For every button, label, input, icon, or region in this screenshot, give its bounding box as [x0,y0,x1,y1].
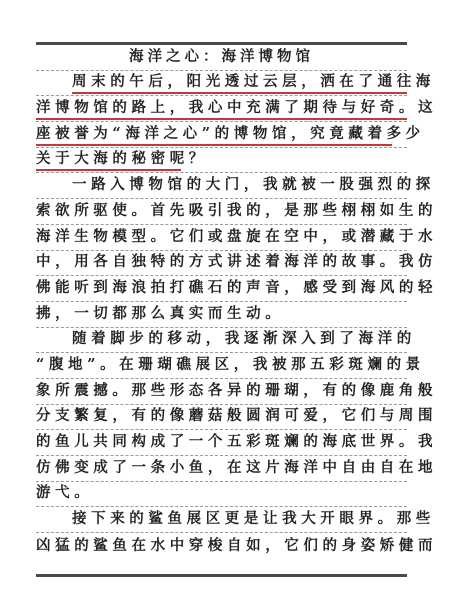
text-line: 仿佛变成了一条小鱼，在这片海洋中自由自在地 [36,456,407,482]
essay-title-row: 海洋之心：海洋博物馆 [36,45,407,71]
red-underline [36,144,392,146]
text-line: 海洋生物模型。它们或盘旋在空中，或潜藏于水 [36,225,407,251]
text-line: 中，用各自独特的方式讲述着海洋的故事。我仿 [36,251,407,277]
text-line: 接下来的鲨鱼展区更是让我大开眼界。那些 [36,507,407,533]
line-text: 中，用各自独特的方式讲述着海洋的故事。我仿 [36,253,407,271]
text-line: 凶猛的鲨鱼在水中穿梭自如，它们的身姿矫健而 [36,533,407,559]
text-line: 座被誉为“海洋之心”的博物馆，究竟藏着多少 [36,122,407,148]
line-text: 洋博物馆的路上，我心中充满了期待与好奇。这 [36,99,407,117]
text-line: 一路入博物馆的大门，我就被一股强烈的探 [36,173,407,199]
bottom-border [36,574,407,577]
essay-page: 海洋之心：海洋博物馆 周末的午后，阳光透过云层，洒在了通往海 洋博物馆的路上，我… [36,42,407,577]
line-text: 随着脚步的移动，我逐渐深入到了海洋的 [36,330,407,348]
text-line: 周末的午后，阳光透过云层，洒在了通往海 [36,71,407,97]
text-line: 关于大海的秘密呢？ [36,148,407,174]
line-text: “腹地”。在珊瑚礁展区，我被那五彩斑斓的景 [36,356,407,374]
line-text: 座被誉为“海洋之心”的博物馆，究竟藏着多少 [36,125,407,143]
line-text: 凶猛的鲨鱼在水中穿梭自如，它们的身姿矫健而 [36,537,407,555]
line-text: 索欲所驱使。首先吸引我的，是那些栩栩如生的 [36,202,407,220]
text-line: 随着脚步的移动，我逐渐深入到了海洋的 [36,328,407,354]
line-text: 游弋。 [36,484,407,502]
essay-title: 海洋之心：海洋博物馆 [36,48,407,66]
essay-lines: 海洋之心：海洋博物馆 周末的午后，阳光透过云层，洒在了通往海 洋博物馆的路上，我… [36,45,407,559]
text-line: 的鱼儿共同构成了一个五彩斑斓的海底世界。我 [36,430,407,456]
text-line: 拂，一切都那么真实而生动。 [36,302,407,328]
red-underline [72,92,407,94]
text-line: 象所震撼。那些形态各异的珊瑚，有的像鹿角般 [36,379,407,405]
line-text: 分支繁复，有的像蘑菇般圆润可爱，它们与周围 [36,407,407,425]
red-underline [36,169,181,171]
red-underline [36,118,407,120]
line-text: 象所震撼。那些形态各异的珊瑚，有的像鹿角般 [36,382,407,400]
line-text: 一路入博物馆的大门，我就被一股强烈的探 [36,176,407,194]
text-line: “腹地”。在珊瑚礁展区，我被那五彩斑斓的景 [36,353,407,379]
text-line: 佛能听到海浪拍打礁石的声音，感受到海风的轻 [36,276,407,302]
line-text: 的鱼儿共同构成了一个五彩斑斓的海底世界。我 [36,433,407,451]
line-text: 接下来的鲨鱼展区更是让我大开眼界。那些 [36,510,407,528]
line-text: 拂，一切都那么真实而生动。 [36,305,407,323]
line-text: 周末的午后，阳光透过云层，洒在了通往海 [36,73,407,91]
line-text: 仿佛变成了一条小鱼，在这片海洋中自由自在地 [36,459,407,477]
line-text: 佛能听到海浪拍打礁石的声音，感受到海风的轻 [36,279,407,297]
text-line: 索欲所驱使。首先吸引我的，是那些栩栩如生的 [36,199,407,225]
text-line: 游弋。 [36,482,407,508]
text-line: 分支繁复，有的像蘑菇般圆润可爱，它们与周围 [36,405,407,431]
text-line: 洋博物馆的路上，我心中充满了期待与好奇。这 [36,96,407,122]
line-text: 海洋生物模型。它们或盘旋在空中，或潜藏于水 [36,228,407,246]
line-text: 关于大海的秘密呢？ [36,150,407,168]
